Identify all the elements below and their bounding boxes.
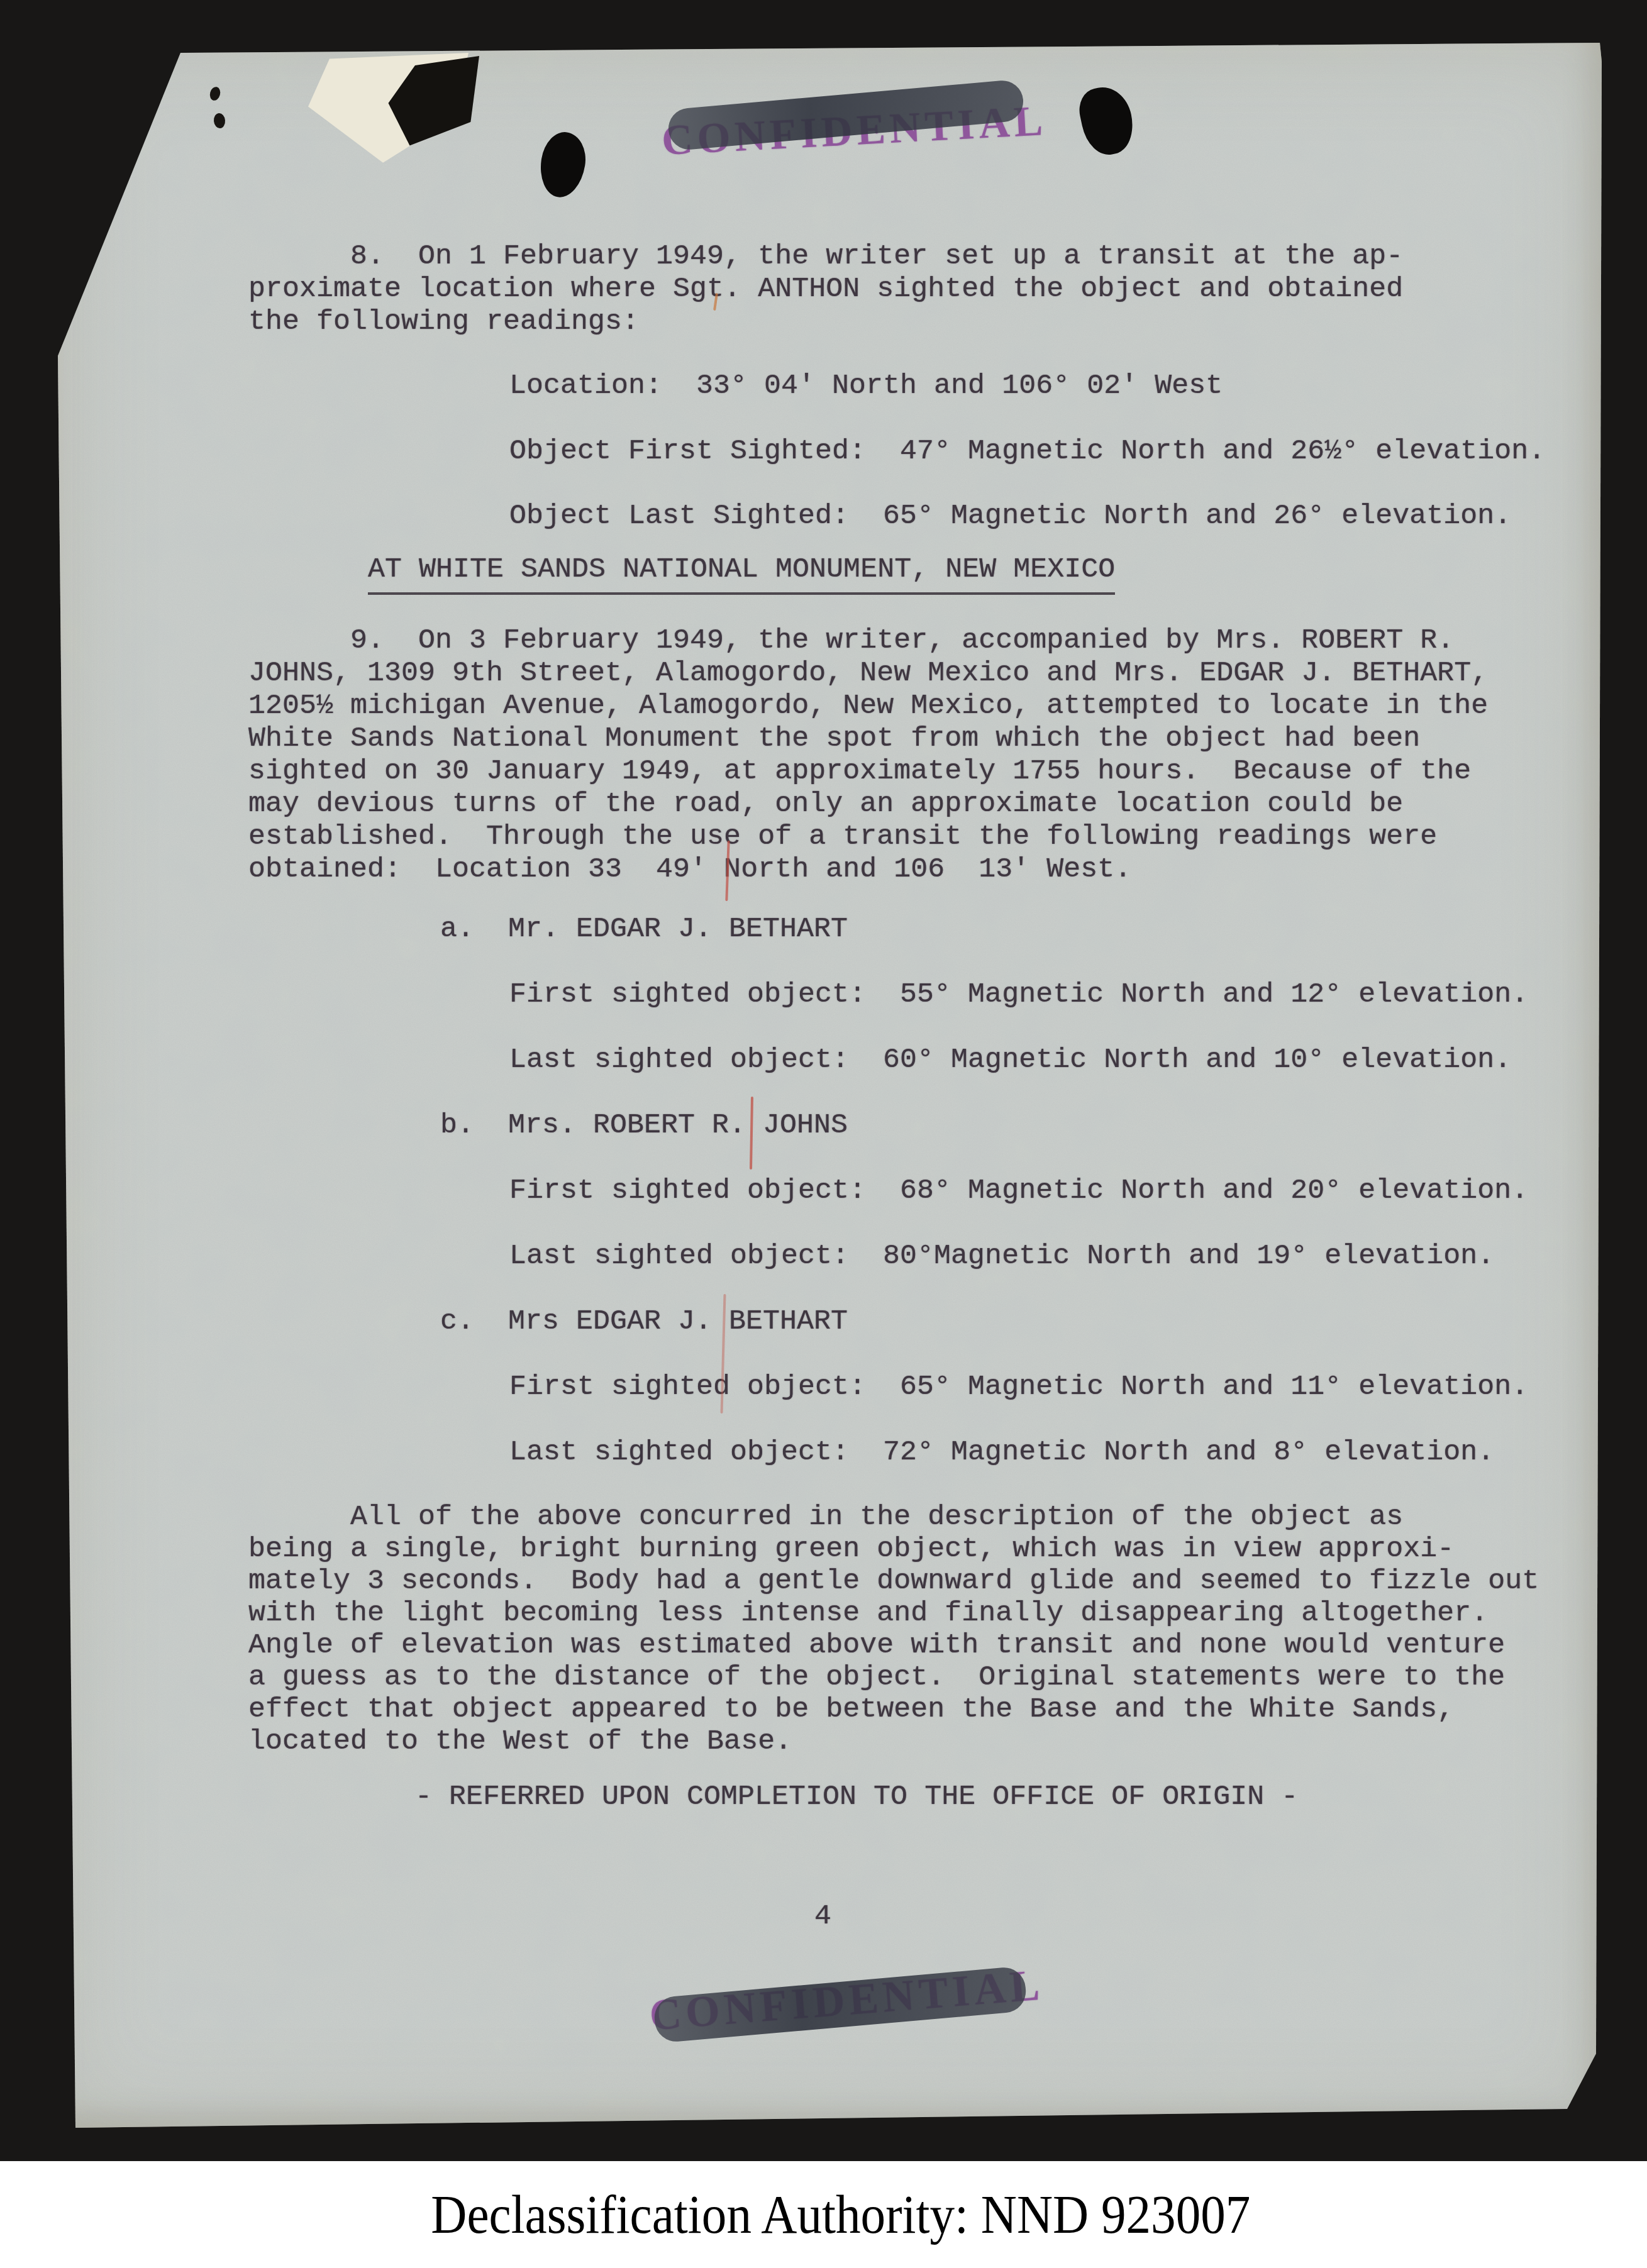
referral-line: - REFERRED UPON COMPLETION TO THE OFFICE… (415, 1781, 1298, 1813)
witness-a-last-reading: Last sighted object: 60° Magnetic North … (509, 1044, 1511, 1076)
document-content: CONFIDENTIAL 8. On 1 February 1949, the … (0, 0, 1647, 2268)
transit-reading-location: Location: 33° 04' North and 106° 02' Wes… (509, 370, 1223, 402)
witness-b-first-reading: First sighted object: 68° Magnetic North… (509, 1175, 1528, 1207)
paragraph-8: 8. On 1 February 1949, the writer set up… (248, 240, 1403, 338)
scanned-document-page: CONFIDENTIAL 8. On 1 February 1949, the … (0, 0, 1647, 2268)
transit-reading-last-sighted: Object Last Sighted: 65° Magnetic North … (509, 500, 1511, 533)
transit-reading-first-sighted: Object First Sighted: 47° Magnetic North… (509, 435, 1545, 468)
witness-a-first-reading: First sighted object: 55° Magnetic North… (509, 978, 1528, 1011)
declassification-text: Declassification Authority: NND 923007 (431, 2183, 1251, 2246)
closing-paragraph: All of the above concurred in the descri… (248, 1501, 1539, 1757)
witness-c-first-reading: First sighted object: 65° Magnetic North… (509, 1371, 1528, 1403)
witness-a-label: a. Mr. EDGAR J. BETHART (440, 913, 848, 946)
section-heading: AT WHITE SANDS NATIONAL MONUMENT, NEW ME… (368, 553, 1115, 595)
page-number: 4 (814, 1900, 831, 1933)
witness-c-last-reading: Last sighted object: 72° Magnetic North … (509, 1436, 1494, 1469)
witness-c-label: c. Mrs EDGAR J. BETHART (440, 1305, 848, 1338)
witness-b-label: b. Mrs. ROBERT R. JOHNS (440, 1109, 848, 1142)
paragraph-9: 9. On 3 February 1949, the writer, accom… (248, 624, 1488, 886)
witness-b-last-reading: Last sighted object: 80°Magnetic North a… (509, 1240, 1494, 1273)
declassification-bar: Declassification Authority: NND 923007 (0, 2161, 1647, 2268)
